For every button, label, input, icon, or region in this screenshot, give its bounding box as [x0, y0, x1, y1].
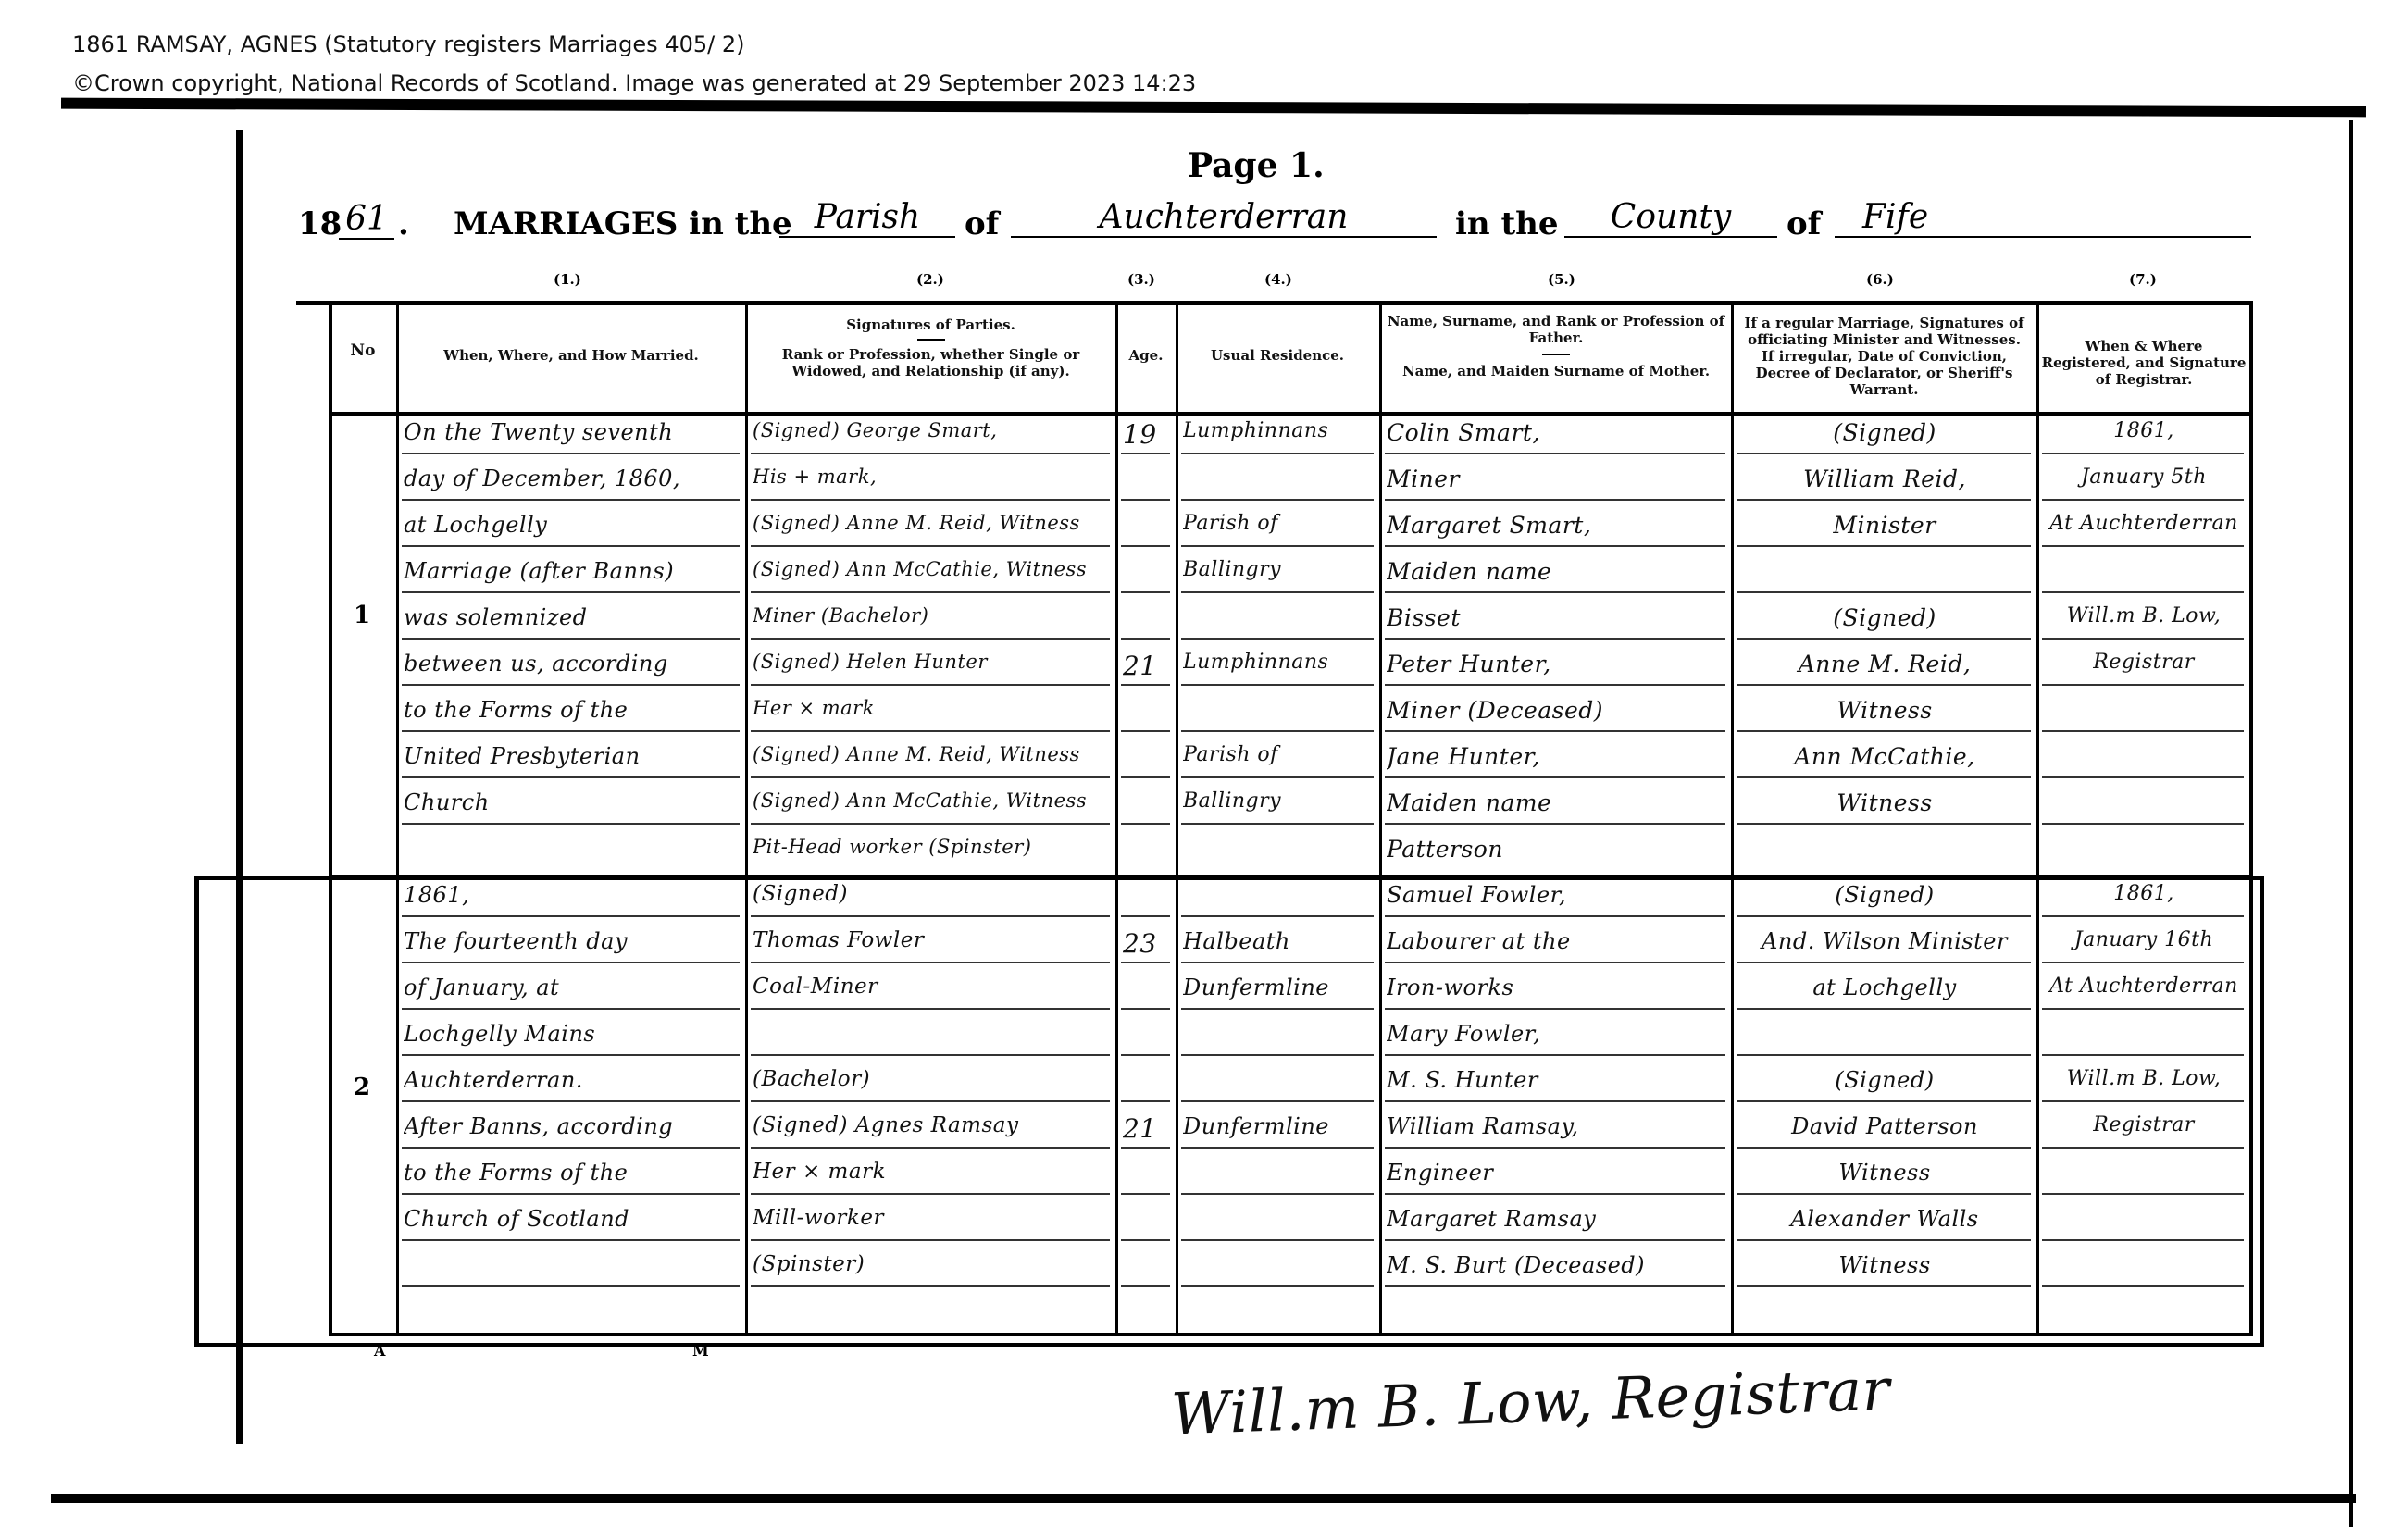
- ruled-line: [2042, 823, 2244, 825]
- ruled-line: [1121, 499, 1170, 501]
- entry-1-parents: Miner: [1387, 466, 1725, 492]
- entry-1-when-where: to the Forms of the: [404, 697, 740, 723]
- ruled-line: [1385, 453, 1725, 454]
- entry-1-signature: (Signed) Ann McCathie, Witness: [753, 789, 1110, 812]
- entry-1-minister-witness: William Reid,: [1738, 466, 2031, 492]
- entry-1-parents: Patterson: [1387, 836, 1725, 863]
- entry-1-signature: (Signed) Ann McCathie, Witness: [753, 558, 1110, 580]
- entry-1-minister-witness: Witness: [1738, 789, 2031, 816]
- ruled-line: [402, 823, 740, 825]
- entry-1-parents: Colin Smart,: [1387, 419, 1725, 446]
- ruled-line: [2042, 684, 2244, 686]
- ruled-line: [1737, 591, 2031, 593]
- ruled-line: [751, 545, 1110, 547]
- ruled-line: [1385, 499, 1725, 501]
- ruled-line: [402, 684, 740, 686]
- entry-1-parents: Bisset: [1387, 604, 1725, 631]
- ruled-line: [1737, 453, 2031, 454]
- ruled-line: [751, 638, 1110, 640]
- header-age: Age.: [1117, 347, 1175, 364]
- ruled-line: [1385, 684, 1725, 686]
- header-signatures-sub: Rank or Profession, whether Single or Wi…: [748, 346, 1114, 379]
- ruled-line: [1737, 545, 2031, 547]
- ruled-line: [2042, 638, 2244, 640]
- ruled-line: [1737, 823, 2031, 825]
- entry-1-registered: Registrar: [2044, 651, 2244, 674]
- entry-1-minister-witness: (Signed): [1738, 419, 2031, 446]
- ruled-line: [751, 499, 1110, 501]
- header-when-where: When, Where, and How Married.: [400, 347, 742, 364]
- entry-1-age: 21: [1123, 651, 1170, 681]
- header-father: Name, Surname, and Rank or Profession of…: [1383, 313, 1729, 346]
- entry-1-when-where: On the Twenty seventh: [404, 419, 740, 445]
- ruled-line: [2042, 453, 2244, 454]
- ruled-line: [1385, 776, 1725, 778]
- header-registered: When & Where Registered, and Signature o…: [2038, 338, 2249, 388]
- ruled-line: [1121, 823, 1170, 825]
- header-bottom-rule: [329, 412, 2251, 416]
- entry-1-signature: Miner (Bachelor): [753, 604, 1110, 627]
- ruled-line: [1385, 591, 1725, 593]
- ruled-line: [1121, 684, 1170, 686]
- entry-1-residence: Parish of: [1183, 743, 1374, 766]
- ruled-line: [1385, 730, 1725, 732]
- ruled-line: [1121, 591, 1170, 593]
- ruled-line: [1737, 730, 2031, 732]
- ruled-line: [1181, 638, 1374, 640]
- entry-1-minister-witness: Witness: [1738, 697, 2031, 724]
- entry-1-registered: 1861,: [2044, 419, 2244, 442]
- entry-1-when-where: was solemnized: [404, 604, 740, 630]
- entry-1-residence: Lumphinnans: [1183, 419, 1374, 442]
- header-divider: [1542, 354, 1570, 355]
- ruled-line: [751, 776, 1110, 778]
- entry-1-when-where: between us, according: [404, 651, 740, 677]
- ruled-line: [751, 591, 1110, 593]
- ruled-line: [1181, 684, 1374, 686]
- entry-1-registered: January 5th: [2044, 466, 2244, 489]
- ruled-line: [1737, 638, 2031, 640]
- entry-1-residence: Ballingry: [1183, 789, 1374, 813]
- ruled-line: [1385, 545, 1725, 547]
- entry-1-age: 19: [1123, 419, 1170, 450]
- highlighted-entry-box[interactable]: [194, 876, 2264, 1347]
- ruled-line: [402, 638, 740, 640]
- entry-1-signature: (Signed) Anne M. Reid, Witness: [753, 743, 1110, 765]
- ruled-line: [1737, 684, 2031, 686]
- ruled-line: [1385, 638, 1725, 640]
- entry-1-minister-witness: Minister: [1738, 512, 2031, 539]
- ruled-line: [1385, 823, 1725, 825]
- ruled-line: [402, 591, 740, 593]
- entry-1-registered: Will.m B. Low,: [2044, 604, 2244, 627]
- entry-1-parents: Miner (Deceased): [1387, 697, 1725, 724]
- ruled-line: [1181, 545, 1374, 547]
- header-no: No: [330, 342, 395, 359]
- ruled-line: [402, 453, 740, 454]
- header-divider: [917, 339, 945, 341]
- header-signatures: Signatures of Parties. Rank or Professio…: [748, 317, 1114, 379]
- entry-1-parents: Margaret Smart,: [1387, 512, 1725, 539]
- header-signatures-title: Signatures of Parties.: [748, 317, 1114, 333]
- ruled-line: [2042, 499, 2244, 501]
- margin-mark-m: M: [692, 1342, 709, 1360]
- entry-1-number: 1: [354, 602, 370, 629]
- entry-1-signature: Pit-Head worker (Spinster): [753, 836, 1110, 858]
- ruled-line: [1181, 591, 1374, 593]
- header-minister-irregular: If irregular, Date of Conviction, Decree…: [1734, 348, 2035, 398]
- entry-1-signature: Her × mark: [753, 697, 1110, 719]
- header-minister-regular: If a regular Marriage, Signatures of off…: [1734, 315, 2035, 348]
- margin-mark-a: A: [374, 1342, 385, 1360]
- table-top-rule: [296, 301, 2251, 305]
- ruled-line: [1121, 730, 1170, 732]
- ruled-line: [1181, 776, 1374, 778]
- entry-1-when-where: United Presbyterian: [404, 743, 740, 769]
- entry-1-signature: (Signed) George Smart,: [753, 419, 1110, 441]
- ruled-line: [1737, 776, 2031, 778]
- entry-1-parents: Maiden name: [1387, 789, 1725, 816]
- entry-1-signature: (Signed) Anne M. Reid, Witness: [753, 512, 1110, 534]
- ruled-line: [1121, 776, 1170, 778]
- ruled-line: [751, 730, 1110, 732]
- entry-1-parents: Peter Hunter,: [1387, 651, 1725, 677]
- entry-1-residence: Parish of: [1183, 512, 1374, 535]
- entry-1-when-where: at Lochgelly: [404, 512, 740, 538]
- ruled-line: [751, 453, 1110, 454]
- entry-1-when-where: day of December, 1860,: [404, 466, 740, 491]
- entry-1-parents: Maiden name: [1387, 558, 1725, 585]
- ruled-line: [1121, 453, 1170, 454]
- header-mother: Name, and Maiden Surname of Mother.: [1383, 363, 1729, 379]
- ruled-line: [751, 823, 1110, 825]
- ruled-line: [1737, 499, 2031, 501]
- entry-1-registered: At Auchterderran: [2044, 512, 2244, 535]
- entry-1-minister-witness: (Signed): [1738, 604, 2031, 631]
- ruled-line: [402, 545, 740, 547]
- entry-1-signature: (Signed) Helen Hunter: [753, 651, 1110, 673]
- ruled-line: [2042, 776, 2244, 778]
- entry-1-residence: Lumphinnans: [1183, 651, 1374, 674]
- ruled-line: [402, 776, 740, 778]
- ruled-line: [1181, 730, 1374, 732]
- ruled-line: [402, 730, 740, 732]
- ruled-line: [2042, 591, 2244, 593]
- ruled-line: [1181, 499, 1374, 501]
- ruled-line: [402, 499, 740, 501]
- entry-1-parents: Jane Hunter,: [1387, 743, 1725, 770]
- entry-1-minister-witness: Anne M. Reid,: [1738, 651, 2031, 677]
- entry-1-when-where: Marriage (after Banns): [404, 558, 740, 584]
- ruled-line: [2042, 545, 2244, 547]
- entry-1-signature: His + mark,: [753, 466, 1110, 488]
- ruled-line: [751, 684, 1110, 686]
- entry-1-residence: Ballingry: [1183, 558, 1374, 581]
- ruled-line: [1121, 545, 1170, 547]
- ruled-line: [1181, 453, 1374, 454]
- entry-1-minister-witness: Ann McCathie,: [1738, 743, 2031, 770]
- ruled-line: [2042, 730, 2244, 732]
- entry-1-when-where: Church: [404, 789, 740, 815]
- header-residence: Usual Residence.: [1177, 347, 1377, 364]
- header-parents: Name, Surname, and Rank or Profession of…: [1383, 313, 1729, 379]
- ruled-line: [1121, 638, 1170, 640]
- header-minister: If a regular Marriage, Signatures of off…: [1734, 315, 2035, 398]
- ruled-line: [1181, 823, 1374, 825]
